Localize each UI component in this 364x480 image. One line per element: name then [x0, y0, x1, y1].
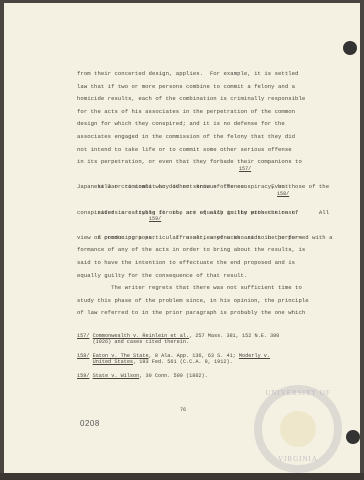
document-page: from their concerted design, applies. Fo… [4, 3, 360, 473]
footnote-marker: 158/ [77, 353, 89, 359]
rotunda-icon [280, 411, 316, 447]
text-line: study this phase of the problem since, i… [77, 295, 317, 308]
footnote-marker: 158/ [277, 188, 289, 201]
text-line: kill or to commit any other serious offe… [77, 169, 317, 182]
punch-hole-icon [346, 430, 360, 444]
seal-text-top: UNIVERSITY OF [258, 389, 338, 397]
text-line: The writer regrets that there was not su… [77, 282, 317, 295]
text-line: conspirators are liable for the act of e… [77, 207, 317, 220]
footnotes: 157/ Commonwealth v. Reinlein et al., 25… [77, 333, 317, 386]
text-line: of law referred to in the prior paragrap… [77, 307, 317, 320]
seal-text-bottom: VIRGINIA [258, 455, 338, 463]
punch-hole-icon [343, 41, 357, 55]
text-line: said to have the intention to effectuate… [77, 257, 317, 270]
text-line: a common purpose. If a series of acts ar… [77, 219, 317, 232]
text-line: equally guilty for the consequence of th… [77, 270, 317, 283]
text-line: design for which they conspired; and it … [77, 118, 317, 131]
case-name: Commonwealth v. Reinlein et al. [93, 333, 190, 339]
citation: , 8 Ala. App. 136, 63 S. 41; [149, 353, 239, 359]
text-line: not intend to take life or to commit som… [77, 144, 317, 157]
text-line: homicide results, each of the combinatio… [77, 93, 317, 106]
case-name-cont: United States [93, 359, 133, 365]
citation: , 257 Mass. 381, 152 N.E. 380 [189, 333, 279, 339]
text-line: in its perpetration, or even that they f… [77, 156, 317, 169]
footnote-159: 159/ State v. Wilson, 30 Conn. 500 (1862… [77, 373, 317, 379]
case-name: Eaton v. The State [93, 353, 149, 359]
footnote-marker: 157/ [77, 333, 89, 339]
footnote-157: 157/ Commonwealth v. Reinlein et al., 25… [77, 333, 317, 346]
text-line: aided in carrying it out, are equally gu… [77, 194, 317, 207]
footnote-marker: 159/ [77, 373, 89, 379]
text-line: associates engaged in the commission of … [77, 131, 317, 144]
citation: , 30 Conn. 500 (1862). [139, 373, 208, 379]
archive-stamp-number: 0208 [80, 419, 100, 428]
page-number: 76 [180, 407, 186, 413]
text-line: view of producing a particular result, a… [77, 232, 317, 245]
footnote-marker: 157/ [239, 163, 251, 176]
citation-cont: (1926) and cases cited therein. [77, 339, 189, 345]
text-line: for the acts of his associates in the pe… [77, 106, 317, 119]
text-line: formance of any of the acts in order to … [77, 244, 317, 257]
university-seal-watermark: UNIVERSITY OF VIRGINIA [254, 385, 342, 473]
body-text: from their concerted design, applies. Fo… [77, 68, 317, 320]
text-line: law that if two or more persons combine … [77, 81, 317, 94]
scan-background-strip [0, 473, 364, 480]
footnote-158: 158/ Eaton v. The State, 8 Ala. App. 136… [77, 353, 317, 366]
footnote-marker: 159/ [149, 213, 161, 226]
citation-cont: , 193 Fed. 561 (C.C.A. 9, 1912). [133, 359, 233, 365]
case-name: State v. Wilson [93, 373, 140, 379]
case-name: Moderly v. [239, 353, 270, 359]
text-line: from their concerted design, applies. Fo… [77, 68, 317, 81]
